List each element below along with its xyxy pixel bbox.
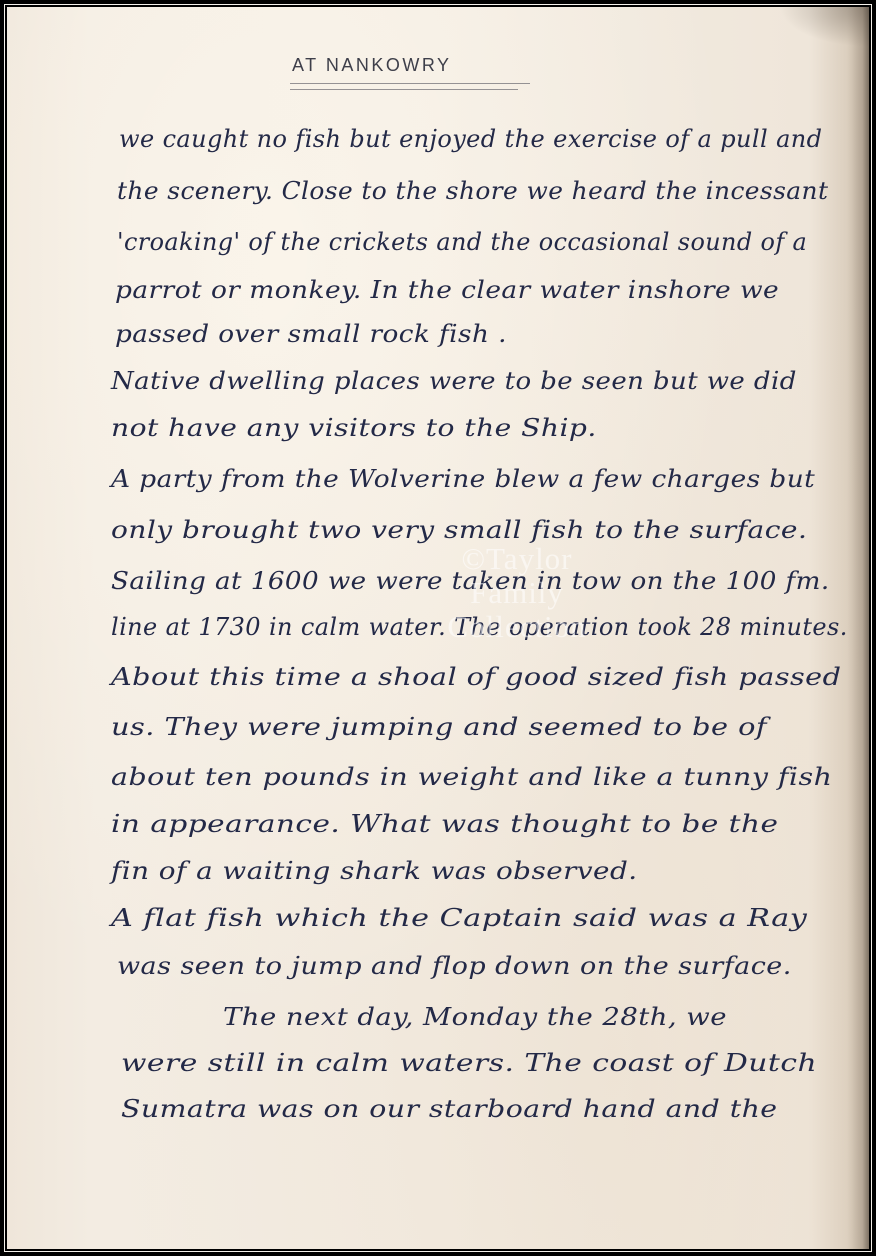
- handwritten-line: were still in calm waters. The coast of …: [121, 1049, 817, 1077]
- handwritten-line: Native dwelling places were to be seen b…: [111, 367, 797, 395]
- diary-page: AT NANKOWRY we caught no fish but enjoye…: [7, 7, 869, 1249]
- scan-inner-border: AT NANKOWRY we caught no fish but enjoye…: [4, 4, 872, 1252]
- handwritten-line: not have any visitors to the Ship.: [111, 414, 597, 442]
- handwritten-line: was seen to jump and flop down on the su…: [117, 952, 792, 980]
- handwritten-line: A flat fish which the Captain said was a…: [111, 904, 807, 932]
- page-heading: AT NANKOWRY: [292, 55, 452, 76]
- handwritten-line: we caught no fish but enjoyed the exerci…: [119, 125, 839, 153]
- handwritten-line: about ten pounds in weight and like a tu…: [111, 763, 832, 791]
- handwritten-line: fin of a waiting shark was observed.: [111, 857, 638, 885]
- handwritten-line: in appearance. What was thought to be th…: [111, 810, 779, 838]
- handwritten-line: only brought two very small fish to the …: [111, 516, 807, 544]
- handwritten-line: 'croaking' of the crickets and the occas…: [117, 228, 807, 256]
- handwritten-line: About this time a shoal of good sized fi…: [111, 663, 841, 691]
- handwritten-line: us. They were jumping and seemed to be o…: [111, 713, 767, 741]
- handwritten-line: parrot or monkey. In the clear water ins…: [115, 276, 779, 304]
- handwritten-line: The next day, Monday the 28th, we: [223, 1003, 727, 1031]
- handwritten-line: passed over small rock fish .: [115, 320, 507, 348]
- handwritten-line: line at 1730 in calm water. The operatio…: [111, 613, 848, 641]
- scan-frame: AT NANKOWRY we caught no fish but enjoye…: [0, 0, 876, 1256]
- handwritten-line: Sumatra was on our starboard hand and th…: [121, 1095, 778, 1123]
- handwritten-line: the scenery. Close to the shore we heard…: [117, 177, 828, 205]
- heading-underline: [290, 89, 518, 90]
- heading-underline: [290, 83, 530, 84]
- handwritten-line: A party from the Wolverine blew a few ch…: [111, 465, 815, 493]
- handwritten-line: Sailing at 1600 we were taken in tow on …: [111, 567, 830, 595]
